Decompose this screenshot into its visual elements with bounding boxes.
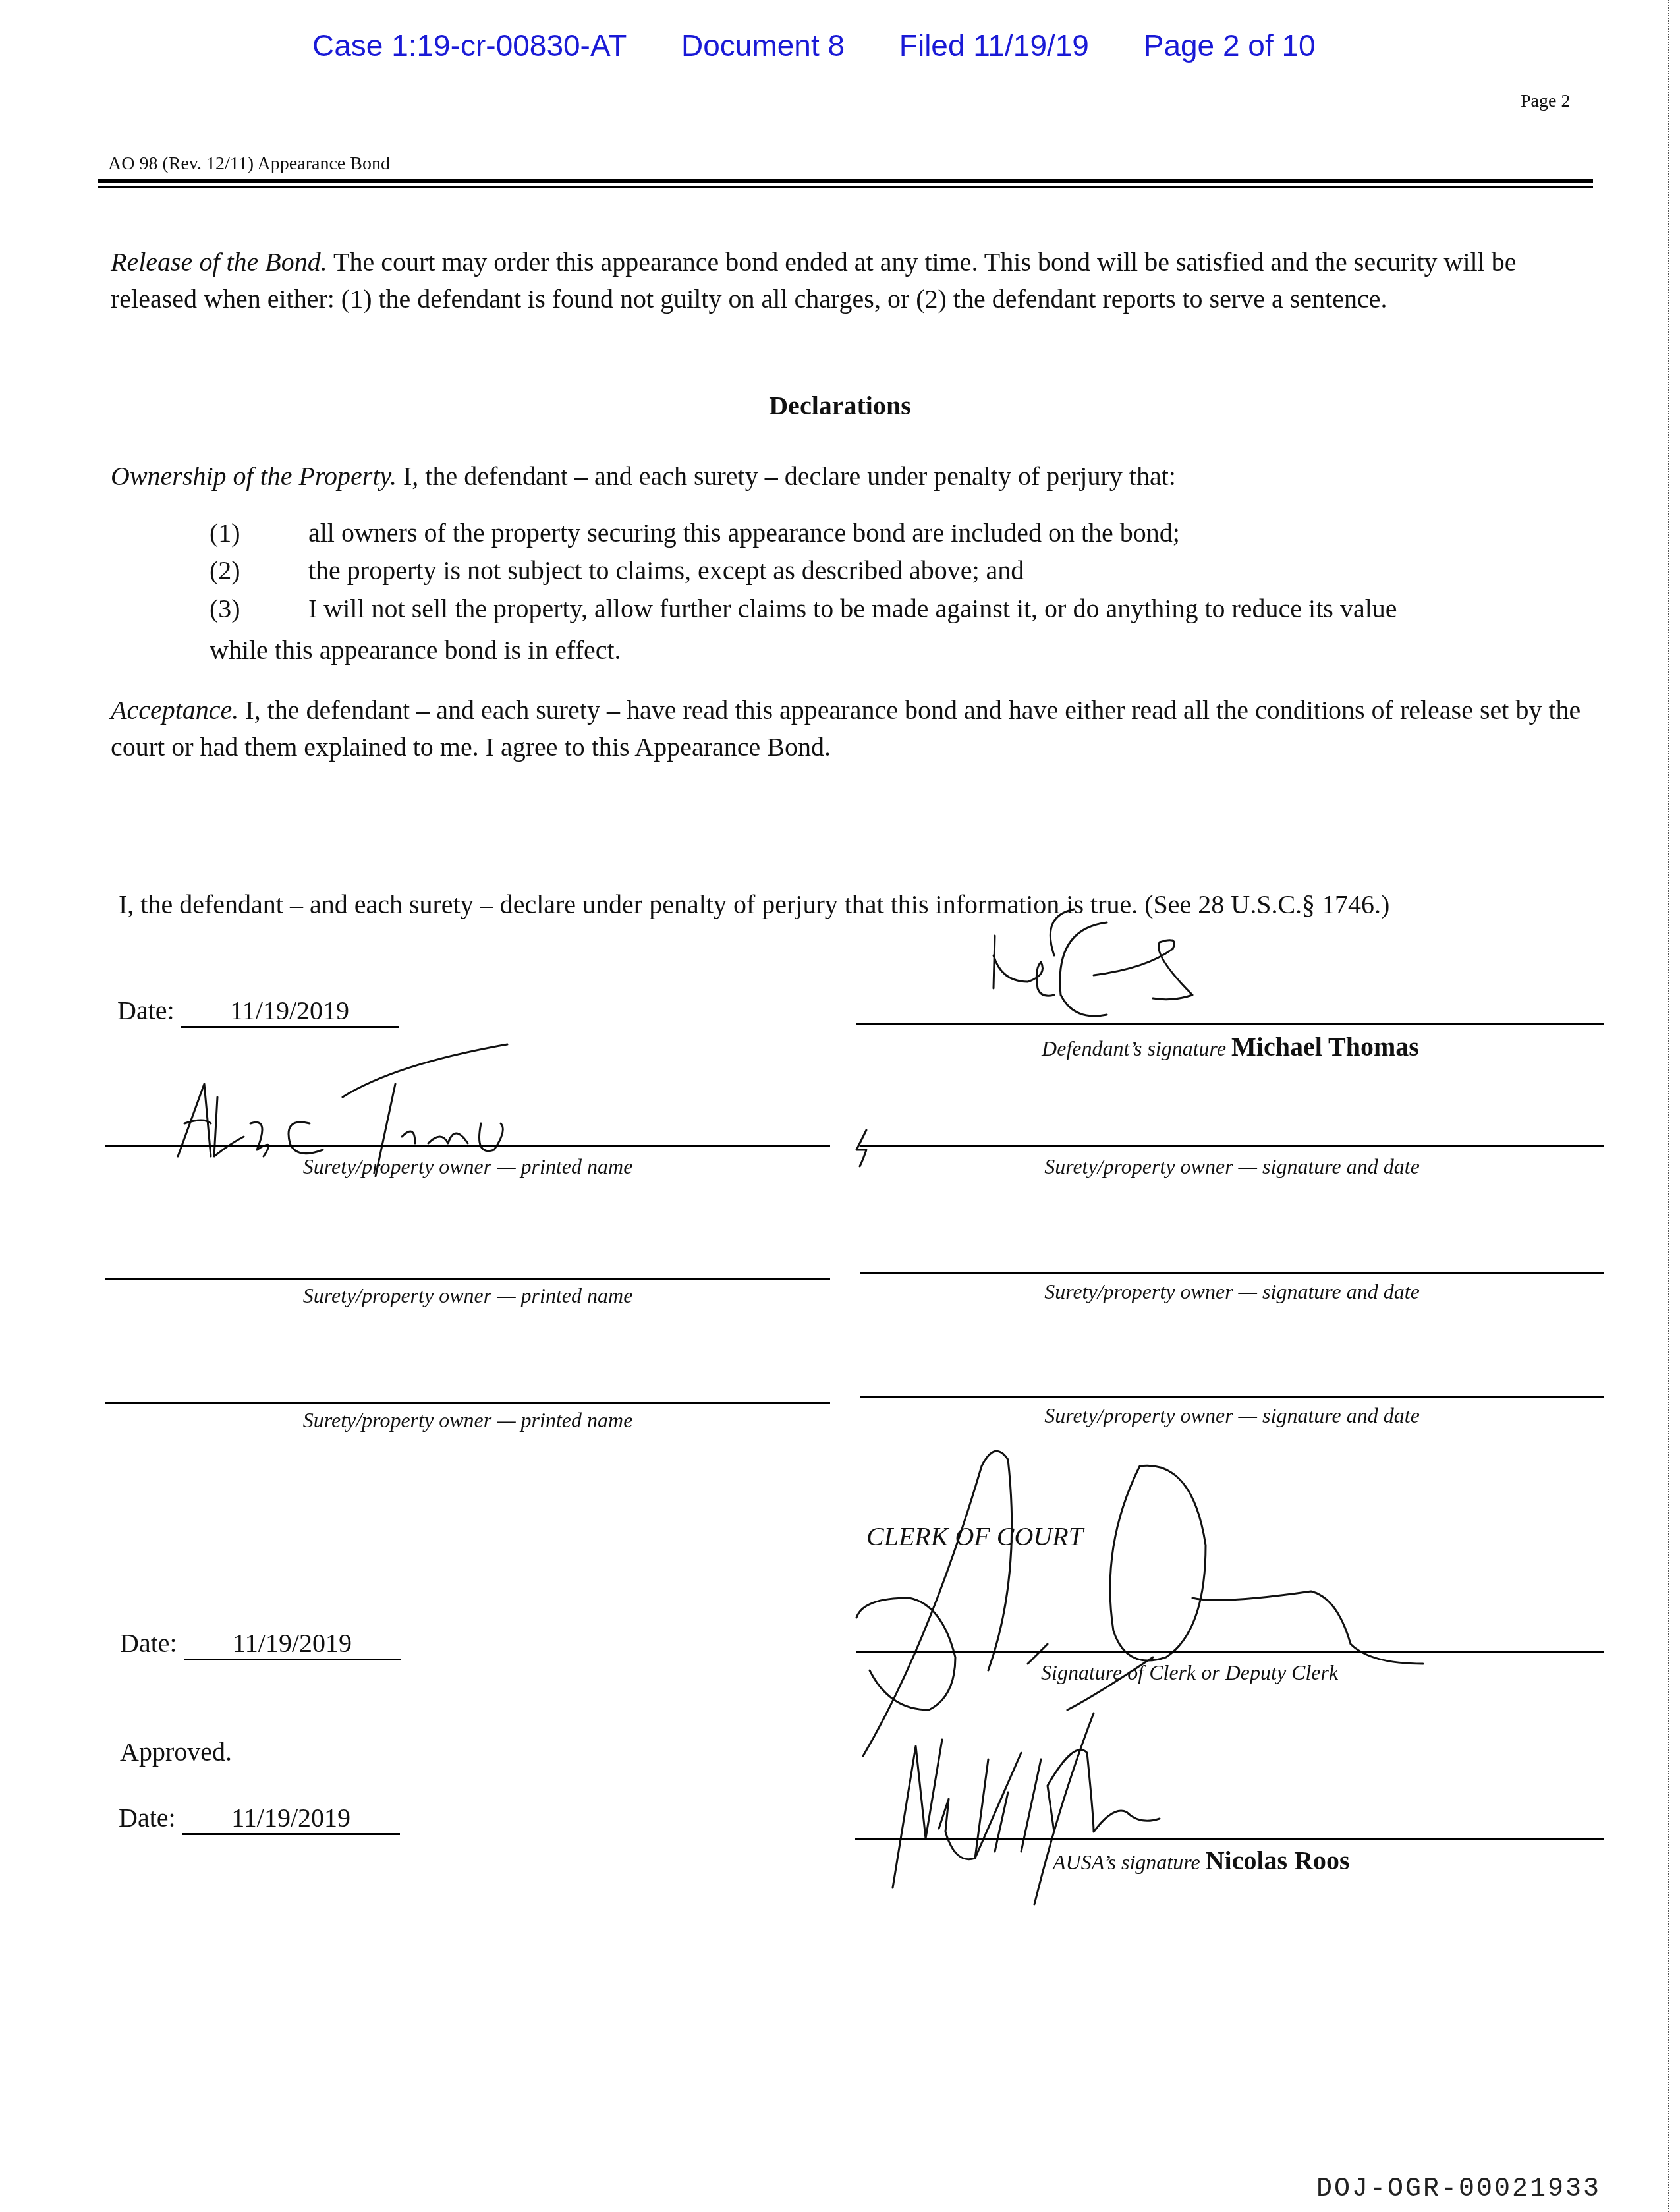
form-identifier: AO 98 (Rev. 12/11) Appearance Bond bbox=[108, 154, 390, 175]
surety-1-signature-caption: Surety/property owner — signature and da… bbox=[860, 1154, 1604, 1179]
clerk-handwritten-signature bbox=[850, 1446, 1608, 1763]
ausa-handwritten-signature bbox=[876, 1720, 1403, 1917]
surety-3-printed-caption: Surety/property owner — printed name bbox=[105, 1408, 830, 1432]
date-label: Date: bbox=[117, 996, 175, 1025]
item-number: (1) bbox=[210, 517, 240, 548]
item-number: (2) bbox=[210, 555, 240, 586]
caption-label: AUSA’s signature bbox=[1053, 1850, 1200, 1874]
item-number: (3) bbox=[210, 593, 240, 624]
page-count: Page 2 of 10 bbox=[1144, 28, 1316, 63]
item-text: all owners of the property securing this… bbox=[308, 517, 1180, 548]
date-value: 11/19/2019 bbox=[182, 1802, 400, 1835]
acceptance-paragraph: Acceptance. I, the defendant – and each … bbox=[111, 692, 1600, 766]
acceptance-title: Acceptance. bbox=[111, 695, 238, 725]
release-paragraph: Release of the Bond. The court may order… bbox=[111, 244, 1600, 318]
ownership-paragraph: Ownership of the Property. I, the defend… bbox=[111, 458, 1600, 495]
surety-3-printed-line bbox=[105, 1402, 830, 1404]
filing-stamp: Case 1:19-cr-00830-AT Document 8 Filed 1… bbox=[312, 28, 1362, 63]
surety-2-signature-caption: Surety/property owner — signature and da… bbox=[860, 1280, 1604, 1304]
ownership-continuation: while this appearance bond is in effect. bbox=[210, 635, 621, 666]
ausa-date-field: Date:11/19/2019 bbox=[119, 1802, 400, 1835]
date-value: 11/19/2019 bbox=[184, 1628, 401, 1660]
ownership-text: I, the defendant – and each surety – dec… bbox=[403, 461, 1176, 491]
ownership-title: Ownership of the Property. bbox=[111, 461, 397, 491]
date-label: Date: bbox=[120, 1628, 177, 1658]
defendant-date-field: Date:11/19/2019 bbox=[117, 995, 399, 1028]
surety-3-signature-line bbox=[860, 1396, 1604, 1398]
perjury-statement: I, the defendant – and each surety – dec… bbox=[119, 886, 1608, 923]
filed-date: Filed 11/19/19 bbox=[899, 28, 1089, 63]
header-rule-bottom bbox=[98, 186, 1593, 188]
surety-2-signature-line bbox=[860, 1272, 1604, 1274]
surety-2-printed-line bbox=[105, 1278, 830, 1280]
declarations-heading: Declarations bbox=[0, 390, 1680, 421]
surety-2-printed-caption: Surety/property owner — printed name bbox=[105, 1284, 830, 1308]
caption-label: Defendant’s signature bbox=[1042, 1036, 1226, 1060]
defendant-signature-caption: Defendant’s signature Michael Thomas bbox=[856, 1031, 1604, 1062]
clerk-date-field: Date:11/19/2019 bbox=[120, 1628, 401, 1660]
document-number: Document 8 bbox=[681, 28, 845, 63]
surety-1-signature-line bbox=[860, 1145, 1604, 1147]
page-label: Page 2 bbox=[1521, 91, 1570, 112]
defendant-signature-line bbox=[856, 1023, 1604, 1025]
ausa-signature-line bbox=[855, 1838, 1604, 1840]
clerk-signature-line bbox=[856, 1651, 1604, 1653]
approved-label: Approved. bbox=[120, 1736, 232, 1767]
item-text: I will not sell the property, allow furt… bbox=[308, 593, 1397, 624]
date-value: 11/19/2019 bbox=[181, 995, 399, 1028]
item-text: the property is not subject to claims, e… bbox=[308, 555, 1024, 586]
acceptance-text: I, the defendant – and each surety – hav… bbox=[111, 695, 1581, 762]
release-title: Release of the Bond. bbox=[111, 247, 327, 277]
scan-edge-artifact bbox=[1668, 0, 1673, 2212]
bates-number: DOJ-OGR-00021933 bbox=[1316, 2174, 1601, 2204]
ausa-signature-caption: AUSA’s signature Nicolas Roos bbox=[855, 1845, 1680, 1876]
surety-1-printed-line bbox=[105, 1145, 830, 1147]
surety-3-signature-caption: Surety/property owner — signature and da… bbox=[860, 1404, 1604, 1428]
ausa-name: Nicolas Roos bbox=[1206, 1846, 1350, 1875]
date-label: Date: bbox=[119, 1803, 176, 1832]
case-number: Case 1:19-cr-00830-AT bbox=[312, 28, 627, 63]
clerk-signature-caption: Signature of Clerk or Deputy Clerk bbox=[856, 1660, 1680, 1685]
header-rule-top bbox=[98, 179, 1593, 183]
surety-1-printed-caption: Surety/property owner — printed name bbox=[105, 1154, 830, 1179]
defendant-handwritten-signature bbox=[975, 916, 1318, 1015]
defendant-name: Michael Thomas bbox=[1231, 1032, 1419, 1062]
